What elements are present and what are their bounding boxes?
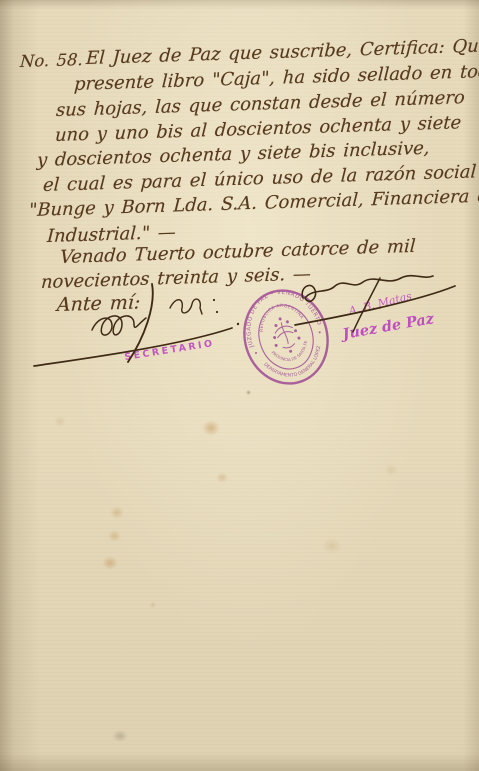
paper-stain [108,530,121,542]
scanned-document-page: No. 58. El Juez de Paz que suscribe, Cer… [0,0,479,771]
paper-stain [246,390,251,395]
paper-stain [322,538,342,554]
paper-stain [102,556,118,570]
paper-stain [54,416,66,427]
secretary-signature [18,278,268,378]
paper-stain [110,506,124,519]
paper-stain [150,602,156,608]
entry-number: No. 58. [19,50,83,71]
judge-signature [283,268,468,343]
paper-stain [202,420,220,436]
paper-stain [384,464,398,476]
paper-stain [112,730,128,742]
paper-stain [216,472,228,483]
